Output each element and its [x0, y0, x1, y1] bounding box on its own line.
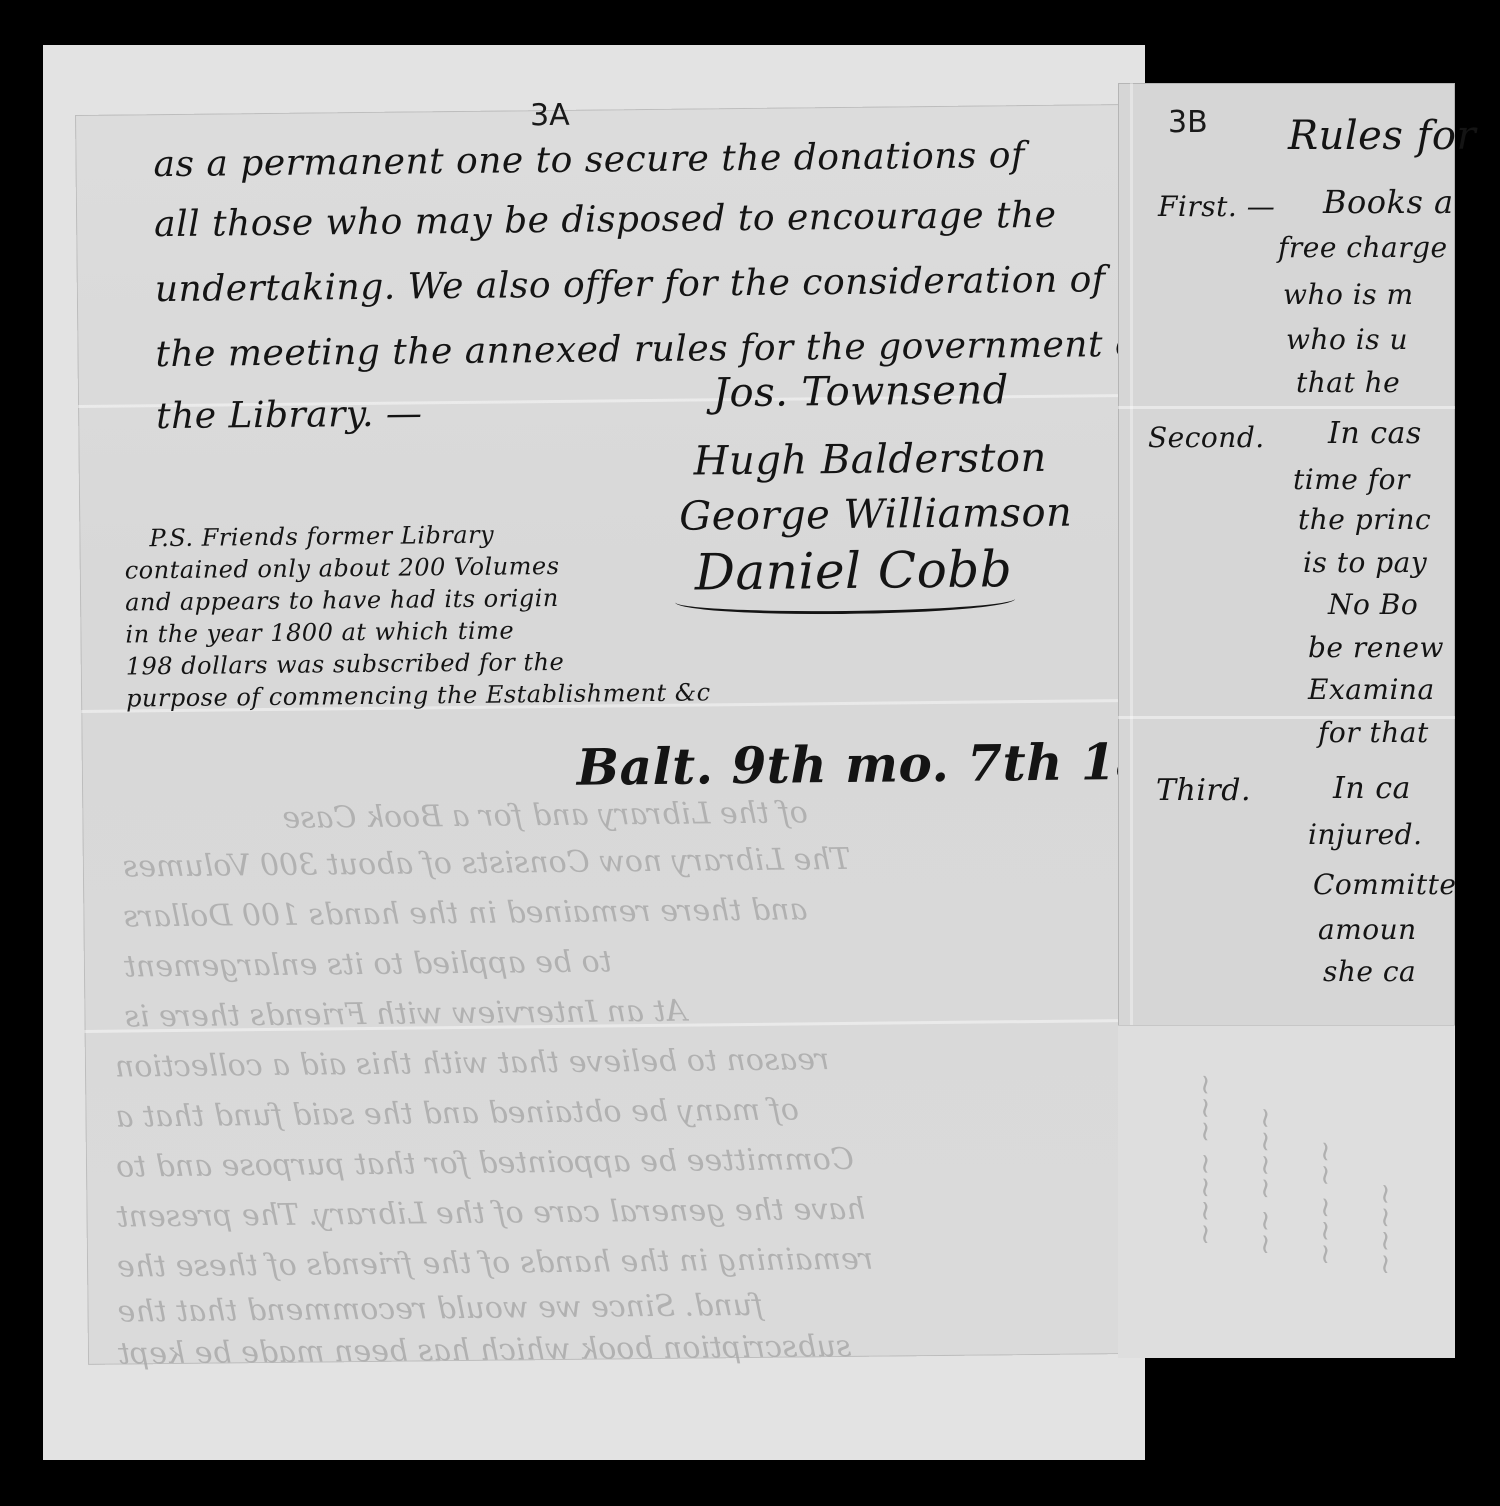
rule-line: In cas — [1328, 416, 1422, 451]
rule-line: that he — [1296, 366, 1400, 399]
page-3b-docket-panel: ​~~~~ ~~~ ​~~ ~~~~ ​~~~ ~~ ​~~~~ — [1118, 1025, 1455, 1358]
bleed-through-line: remaining in the hands of the friends of… — [117, 1242, 873, 1285]
postscript-line: and appears to have had its origin — [125, 584, 559, 617]
bleed-through-line: reason to believe that with this aid a c… — [115, 1042, 830, 1084]
bleed-through-line: and there remained in the hands 100 Doll… — [123, 892, 807, 934]
rule-line: is to pay — [1303, 546, 1427, 579]
bleed-through-line: have the general care of the Library. Th… — [116, 1192, 865, 1235]
bleed-through-line: to be applied to its enlargement — [124, 944, 612, 984]
postscript-line: contained only about 200 Volumes — [125, 552, 560, 585]
fold-line — [1118, 406, 1455, 409]
rule-ordinal: First. — — [1158, 190, 1275, 223]
body-line: undertaking. We also offer for the consi… — [155, 259, 1106, 310]
docket-text: ​~~~ ~~ — [1308, 1140, 1341, 1266]
postscript-line: 198 dollars was subscribed for the — [126, 648, 565, 681]
rule-line: be renew — [1308, 631, 1444, 664]
rule-line: In ca — [1333, 771, 1411, 806]
rule-ordinal: Third. — [1156, 773, 1251, 808]
signature-williamson: George Williamson — [679, 490, 1073, 540]
body-line: the Library. — — [156, 393, 423, 437]
bleed-through-line: of the Library and for a Book Case — [282, 795, 808, 836]
rule-line: she ca — [1323, 955, 1416, 988]
rule-line: who is m — [1283, 278, 1414, 311]
page-3a: 3A as a permanent one to secure the dona… — [75, 104, 1153, 1365]
rule-line: time for — [1293, 463, 1410, 496]
rule-ordinal: Second. — [1148, 421, 1265, 454]
rule-line: Books a — [1323, 183, 1454, 221]
docket-text: ​~~~~ — [1368, 1182, 1401, 1276]
page-label-3a: 3A — [530, 98, 570, 133]
rule-line: who is u — [1286, 323, 1408, 356]
body-line: all those who may be disposed to encoura… — [154, 195, 1057, 245]
bleed-through-line: At an Interview with Friends there is — [124, 994, 687, 1035]
rule-line: No Bo — [1328, 588, 1418, 621]
bleed-through-line: of many be obtained and the said fund th… — [115, 1092, 799, 1134]
page-label-3b: 3B — [1168, 105, 1208, 140]
postscript-line: P.S. Friends former Library — [149, 521, 494, 553]
rule-line: for that — [1318, 716, 1429, 749]
signature-townsend: Jos. Townsend — [713, 367, 1009, 416]
rule-line: free charge — [1278, 231, 1448, 264]
bleed-through-line: The Library now Consists of about 300 Vo… — [123, 842, 851, 885]
postscript-line: in the year 1800 at which time — [125, 616, 514, 648]
docket-text: ​~~ ~~~~ — [1248, 1106, 1281, 1256]
postscript-line: purpose of commencing the Establishment … — [126, 678, 711, 712]
body-line: as a permanent one to secure the donatio… — [153, 135, 1025, 185]
rule-line: the princ — [1298, 503, 1431, 536]
page-3b: 3B Rules for First. — Books a free charg… — [1118, 83, 1455, 1358]
signature-balderston: Hugh Balderston — [693, 435, 1047, 485]
rules-heading: Rules for — [1288, 113, 1476, 159]
rule-line: Examina — [1308, 673, 1435, 706]
bleed-through-line: Committee be appointed for that purpose … — [116, 1142, 854, 1185]
rule-line: amoun — [1318, 913, 1417, 946]
rule-line: Committe — [1313, 868, 1456, 901]
bleed-through-line: fund. Since we would recommend that the — [117, 1288, 763, 1330]
docket-text: ​~~~~ ~~~ — [1188, 1073, 1221, 1246]
rule-line: injured. — [1308, 818, 1422, 851]
